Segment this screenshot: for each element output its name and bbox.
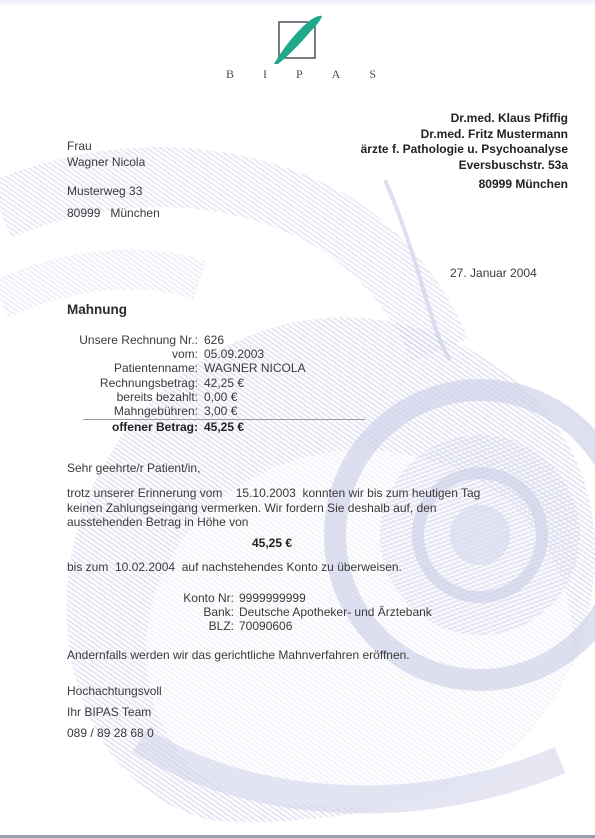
logo-wordmark: B I P A S <box>226 67 376 82</box>
sender-address: Dr.med. Klaus Pfiffig Dr.med. Fritz Must… <box>361 111 568 193</box>
recipient-city-line: 80999 München <box>67 206 160 222</box>
recipient-city: München <box>110 206 159 220</box>
patient-name: WAGNER NICOLA <box>204 361 306 375</box>
invoice-label: Unsere Rechnung Nr.: <box>60 333 204 347</box>
letter-title: Mahnung <box>67 302 127 317</box>
invoice-total-label: offener Betrag: <box>60 420 204 434</box>
invoice-label: Mahngebühren: <box>60 404 204 418</box>
invoice-number: 626 <box>204 333 224 347</box>
bank-label: Bank: <box>160 605 239 619</box>
bank-row: Bank:Deutsche Apotheker- und Ärztebank <box>160 605 432 619</box>
bipas-logo-square-brush-icon <box>272 14 324 66</box>
sender-doctor-1: Dr.med. Klaus Pfiffig <box>361 111 568 127</box>
reminder-fee: 3,00 € <box>204 404 237 418</box>
logo-letter: A <box>332 67 341 82</box>
invoice-row: Patientenname:WAGNER NICOLA <box>60 361 306 375</box>
invoice-row: vom:05.09.2003 <box>60 347 306 361</box>
invoice-date: 05.09.2003 <box>204 347 264 361</box>
body-line-3: ausstehenden Betrag in Höhe von <box>67 515 248 530</box>
recipient-salutation: Frau <box>67 139 160 155</box>
body-line-2: keinen Zahlungseingang vermerken. Wir fo… <box>67 501 437 516</box>
logo-letter: B <box>226 67 234 82</box>
legal-warning: Andernfalls werden wir das gerichtliche … <box>67 648 410 663</box>
letter-date: 27. Januar 2004 <box>450 266 537 280</box>
bank-code: 70090606 <box>239 619 292 633</box>
invoice-total-row: offener Betrag:45,25 € <box>60 420 306 434</box>
logo-letter: S <box>369 67 376 82</box>
logo-letter: I <box>263 67 267 82</box>
bank-name: Deutsche Apotheker- und Ärztebank <box>239 605 432 619</box>
invoice-row: Unsere Rechnung Nr.:626 <box>60 333 306 347</box>
invoice-label: Patientenname: <box>60 361 204 375</box>
deadline-line: bis zum 10.02.2004 auf nachstehendes Kon… <box>67 560 402 575</box>
recipient-street: Musterweg 33 <box>67 184 160 200</box>
invoice-row: Rechnungsbetrag:42,25 € <box>60 376 306 390</box>
invoice-label: vom: <box>60 347 204 361</box>
sender-city: 80999 München <box>361 177 568 193</box>
invoice-row: Mahngebühren:3,00 € <box>60 404 306 418</box>
total-divider <box>83 419 365 420</box>
bank-row: Konto Nr:9999999999 <box>160 591 432 605</box>
recipient-address: Frau Wagner Nicola Musterweg 33 80999 Mü… <box>67 139 160 221</box>
closing-regards: Hochachtungsvoll <box>67 684 162 699</box>
recipient-name: Wagner Nicola <box>67 155 160 171</box>
bank-label: Konto Nr: <box>160 591 239 605</box>
invoice-summary: Unsere Rechnung Nr.:626 vom:05.09.2003 P… <box>60 333 306 434</box>
due-amount: 45,25 € <box>252 536 292 550</box>
bank-details: Konto Nr:9999999999 Bank:Deutsche Apothe… <box>160 591 432 634</box>
closing-phone: 089 / 89 28 68 0 <box>67 726 154 741</box>
sender-specialty: ärzte f. Pathologie u. Psychoanalyse <box>361 142 568 158</box>
closing-signature: Ihr BIPAS Team <box>67 705 151 720</box>
invoice-label: Rechnungsbetrag: <box>60 376 204 390</box>
bank-row: BLZ:70090606 <box>160 619 432 633</box>
invoice-label: bereits bezahlt: <box>60 390 204 404</box>
greeting: Sehr geehrte/r Patient/in, <box>67 461 200 476</box>
recipient-zip: 80999 <box>67 206 100 220</box>
amount-paid: 0,00 € <box>204 390 237 404</box>
body-line-1: trotz unserer Erinnerung vom 15.10.2003 … <box>67 486 480 501</box>
invoice-total-value: 45,25 € <box>204 420 244 434</box>
invoice-amount: 42,25 € <box>204 376 244 390</box>
invoice-row: bereits bezahlt:0,00 € <box>60 390 306 404</box>
sender-doctor-2: Dr.med. Fritz Mustermann <box>361 127 568 143</box>
sender-street: Eversbuschstr. 53a <box>361 158 568 174</box>
bank-label: BLZ: <box>160 619 239 633</box>
account-number: 9999999999 <box>239 591 306 605</box>
logo-letter: P <box>296 67 303 82</box>
